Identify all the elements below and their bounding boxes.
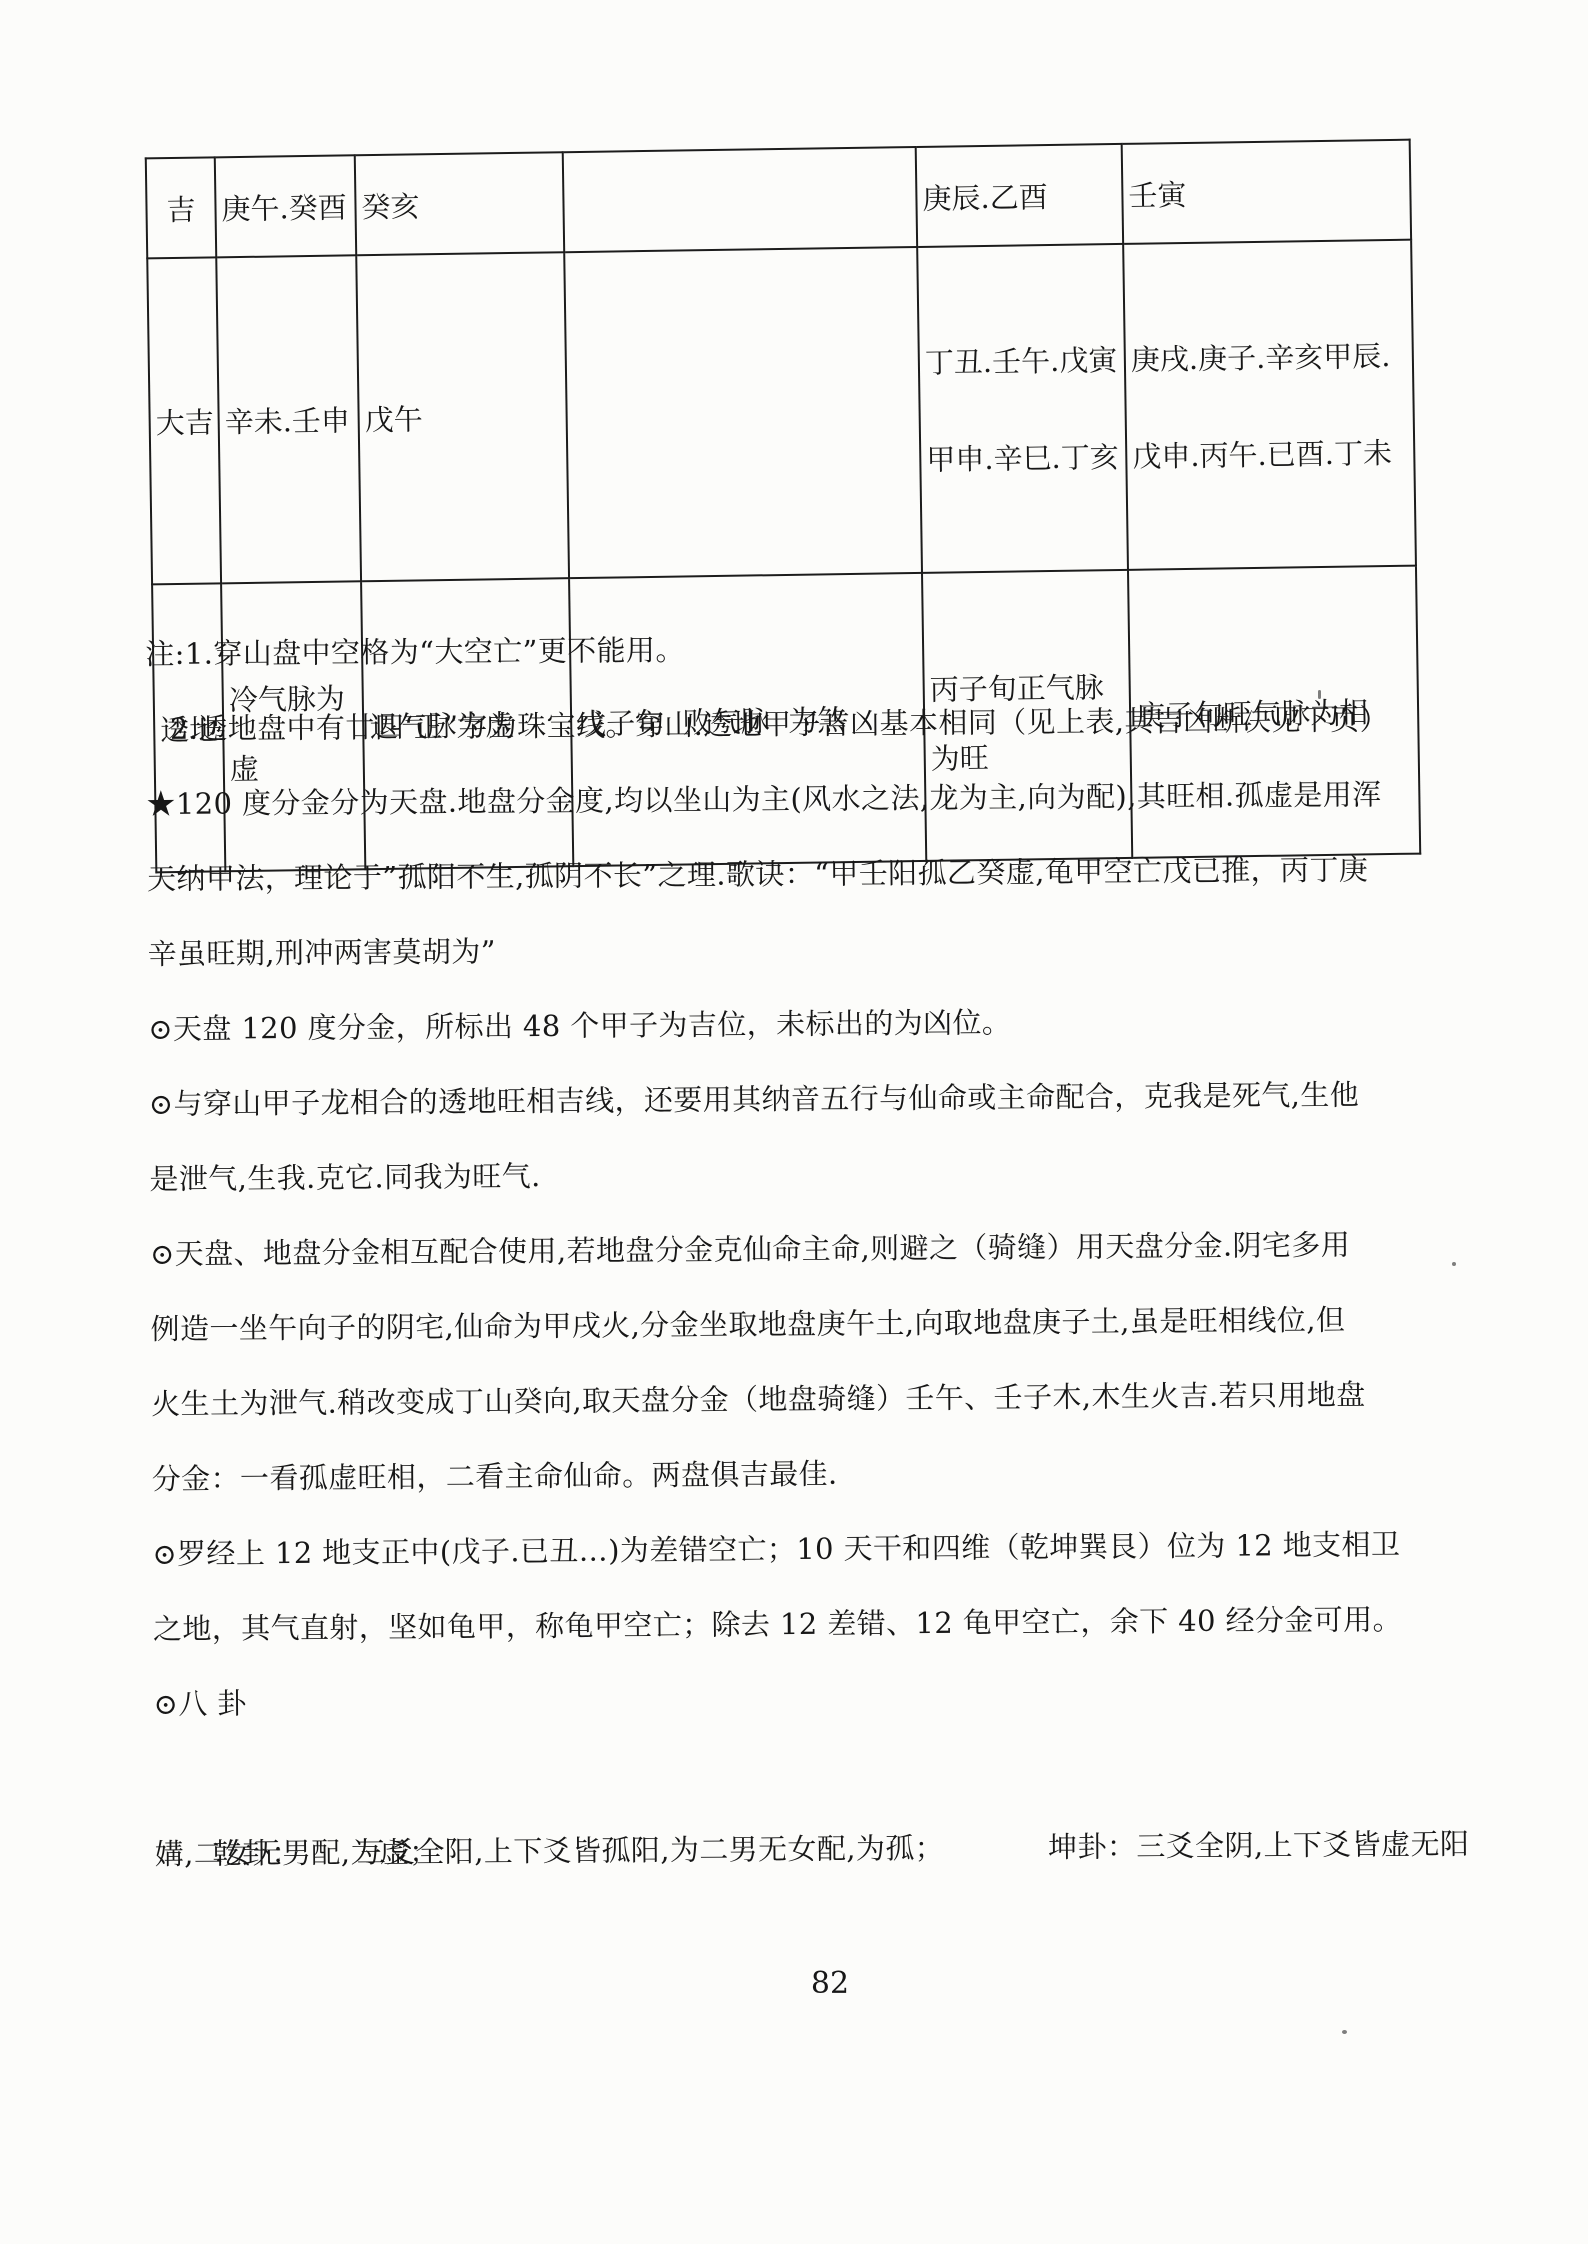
note-line: 火生土为泄气.稍改变成丁山癸向,取天盘分金（地盘骑缝）壬午、壬子木,木生火吉.若…	[151, 1357, 1452, 1442]
cell-r2-c4-empty	[564, 247, 922, 578]
cell-r1-c6: 壬寅	[1122, 140, 1411, 244]
scan-speck	[1452, 1262, 1456, 1266]
note-line: ⊙天盘 120 度分金，所标出 48 个甲子为吉位，未标出的为凶位。	[148, 982, 1449, 1067]
note-line: 分金：一看孤虚旺相，二看主命仙命。两盘俱吉最佳.	[151, 1432, 1452, 1517]
row-header-ji: 吉	[146, 157, 216, 258]
note-line: 辛虽旺期,刑冲两害莫胡为”	[147, 907, 1448, 992]
annotation-text-block: 注:1.穿山盘中空格为“大空亡”更不能用。 2.透地盘中有廿四‘正”字为珠宝线。…	[145, 607, 1455, 1892]
cell-r2-c5: 丁丑.壬午.戊寅 甲申.辛巳.丁亥	[917, 244, 1128, 573]
cell-r1-c2: 庚午.癸酉	[215, 155, 356, 257]
scan-speck	[1342, 2030, 1347, 2034]
note-line: 注:1.穿山盘中空格为“大空亡”更不能用。	[145, 607, 1446, 692]
table-row-daji: 大吉 辛未.壬申 戊午 丁丑.壬午.戊寅 甲申.辛巳.丁亥 庚戌.庚子.辛亥甲辰…	[147, 240, 1416, 585]
note-line: ⊙天盘、地盘分金相互配合使用,若地盘分金克仙命主命,则避之（骑缝）用天盘分金.阴…	[150, 1207, 1451, 1292]
note-line: ⊙与穿山甲子龙相合的透地旺相吉线，还要用其纳音五行与仙命或主命配合，克我是死气,…	[149, 1057, 1450, 1142]
kun-gua-label: 坤卦：	[1048, 1829, 1136, 1864]
note-line: ⊙罗经上 12 地支正中(戊子.已丑…)为差错空亡；10 天干和四维（乾坤巽艮）…	[152, 1507, 1453, 1592]
note-line: 2.透地盘中有廿四‘正”字为珠宝线。穿山.透地甲子吉凶基本相同（见上表,其吉凶断…	[146, 682, 1447, 767]
cell-line: 戊申.丙午.已酉.丁未	[1132, 431, 1409, 476]
cell-r2-c2: 辛未.壬申	[216, 255, 361, 583]
note-line: 之地，其气直射，坚如龟甲，称龟甲空亡；除去 12 差错、12 龟甲空亡，余下 4…	[153, 1582, 1454, 1667]
page-number: 82	[36, 1958, 1588, 2010]
scanned-book-page: 吉 庚午.癸酉 癸亥 庚辰.乙酉 壬寅 大吉 辛未.壬申 戊午 丁丑.壬午.戊寅…	[0, 0, 1588, 2244]
cell-r1-c5: 庚辰.乙酉	[916, 144, 1123, 247]
cell-line: 丁丑.壬午.戊寅	[925, 338, 1120, 382]
row-header-daji: 大吉	[147, 257, 221, 584]
note-line-trigrams: 乾卦：三爻全阳,上下爻皆孤阳,为二男无女配,为孤；坤卦：三爻全阴,上下爻皆虚无阳	[154, 1732, 1455, 1817]
scan-speck	[1318, 690, 1321, 699]
note-line: 是泄气,生我.克它.同我为旺气.	[149, 1132, 1450, 1217]
cell-line: 庚戌.庚子.辛亥甲辰.	[1131, 334, 1408, 379]
note-line-bagua-heading: ⊙八 卦	[153, 1657, 1454, 1742]
table-row-ji: 吉 庚午.癸酉 癸亥 庚辰.乙酉 壬寅	[146, 140, 1411, 259]
note-line: 例造一坐午向子的阴宅,仙命为甲戌火,分金坐取地盘庚午土,向取地盘庚子土,虽是旺相…	[150, 1282, 1451, 1367]
qian-gua-text: 三爻全阳,上下爻皆孤阳,为二男无女配,为孤；	[357, 1831, 945, 1870]
cell-line: 甲申.辛巳.丁亥	[926, 435, 1121, 479]
cell-r2-c6: 庚戌.庚子.辛亥甲辰. 戊申.丙午.已酉.丁未	[1123, 240, 1416, 570]
note-line: ★120 度分金分为天盘.地盘分金度,均以坐山为主(风水之法,龙为主,向为配),…	[146, 757, 1447, 842]
note-line: 天纳甲法，理论于”孤阳不生,孤阴不长”之理.歌诀：“甲壬阳孤乙癸虚,龟甲空亡戊已…	[147, 832, 1448, 917]
cell-r1-c4-empty	[563, 147, 917, 252]
cell-r1-c3: 癸亥	[355, 152, 564, 255]
cell-r2-c3: 戊午	[356, 252, 569, 581]
kun-gua-text: 三爻全阴,上下爻皆虚无阳	[1136, 1827, 1469, 1864]
